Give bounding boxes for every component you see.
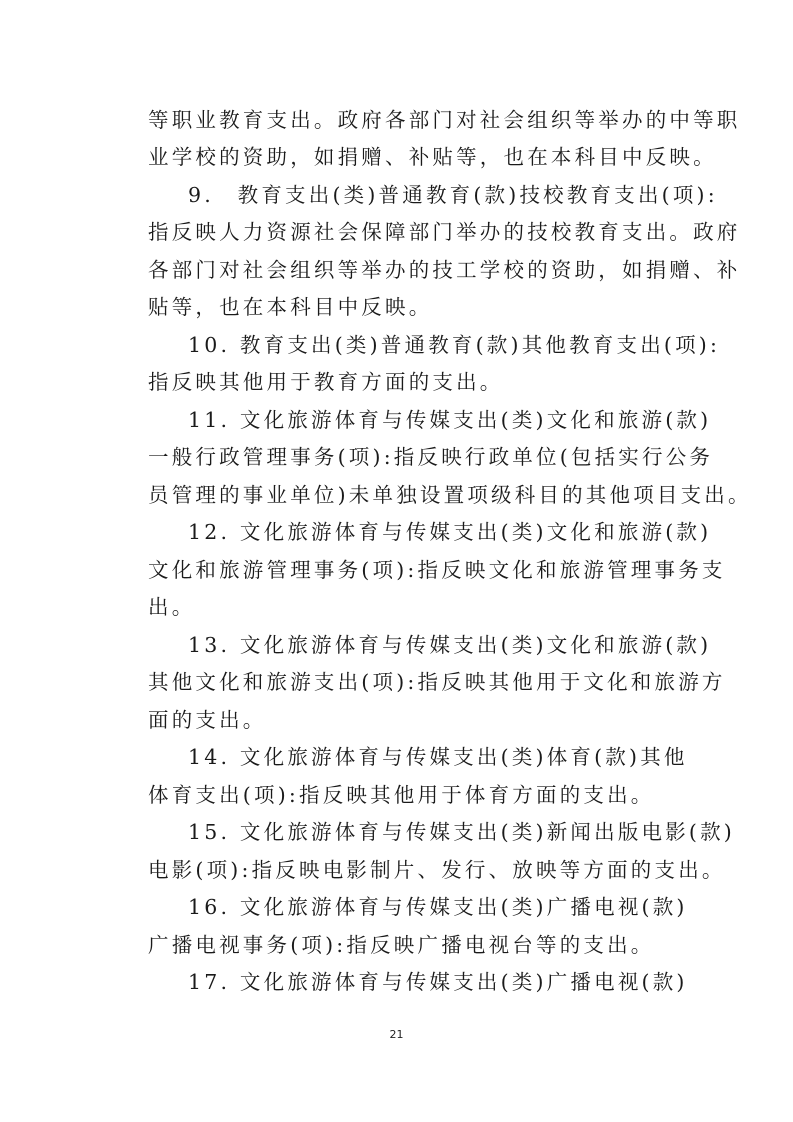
document-page: 等职业教育支出。政府各部门对社会组织等举办的中等职业学校的资助，如捐赠、补贴等，… <box>0 0 793 1122</box>
paragraph-first-line: 10. 教育支出(类)普通教育(款)其他教育支出(项): <box>188 331 688 359</box>
paragraph-first-line: 17. 文化旅游体育与传媒支出(类)广播电视(款) <box>188 968 688 996</box>
paragraph-line: 出。 <box>148 593 688 621</box>
paragraph-line: 各部门对社会组织等举办的技工学校的资助，如捐赠、补 <box>148 256 688 284</box>
paragraph-line: 指反映其他用于教育方面的支出。 <box>148 368 688 396</box>
paragraph-line: 贴等，也在本科目中反映。 <box>148 293 688 321</box>
paragraph-line: 业学校的资助，如捐赠、补贴等，也在本科目中反映。 <box>148 143 688 171</box>
paragraph-line: 其他文化和旅游支出(项):指反映其他用于文化和旅游方 <box>148 668 688 696</box>
paragraph-line: 员管理的事业单位)未单独设置项级科目的其他项目支出。 <box>148 481 688 509</box>
paragraph-first-line: 13. 文化旅游体育与传媒支出(类)文化和旅游(款) <box>188 631 688 659</box>
paragraph-first-line: 16. 文化旅游体育与传媒支出(类)广播电视(款) <box>188 893 688 921</box>
paragraph-first-line: 15. 文化旅游体育与传媒支出(类)新闻出版电影(款) <box>188 818 688 846</box>
paragraph-line: 广播电视事务(项):指反映广播电视台等的支出。 <box>148 931 688 959</box>
paragraph-first-line: 11. 文化旅游体育与传媒支出(类)文化和旅游(款) <box>188 406 688 434</box>
paragraph-line: 电影(项):指反映电影制片、发行、放映等方面的支出。 <box>148 856 688 884</box>
paragraph-line: 面的支出。 <box>148 706 688 734</box>
paragraph-line: 指反映人力资源社会保障部门举办的技校教育支出。政府 <box>148 218 688 246</box>
paragraph-line: 等职业教育支出。政府各部门对社会组织等举办的中等职 <box>148 106 688 134</box>
paragraph-first-line: 12. 文化旅游体育与传媒支出(类)文化和旅游(款) <box>188 518 688 546</box>
paragraph-line: 文化和旅游管理事务(项):指反映文化和旅游管理事务支 <box>148 556 688 584</box>
paragraph-line: 一般行政管理事务(项):指反映行政单位(包括实行公务 <box>148 443 688 471</box>
paragraph-first-line: 14. 文化旅游体育与传媒支出(类)体育(款)其他 <box>188 743 688 771</box>
paragraph-line: 体育支出(项):指反映其他用于体育方面的支出。 <box>148 781 688 809</box>
paragraph-first-line: 9. 教育支出(类)普通教育(款)技校教育支出(项): <box>188 181 688 209</box>
page-number: 21 <box>0 1028 793 1041</box>
